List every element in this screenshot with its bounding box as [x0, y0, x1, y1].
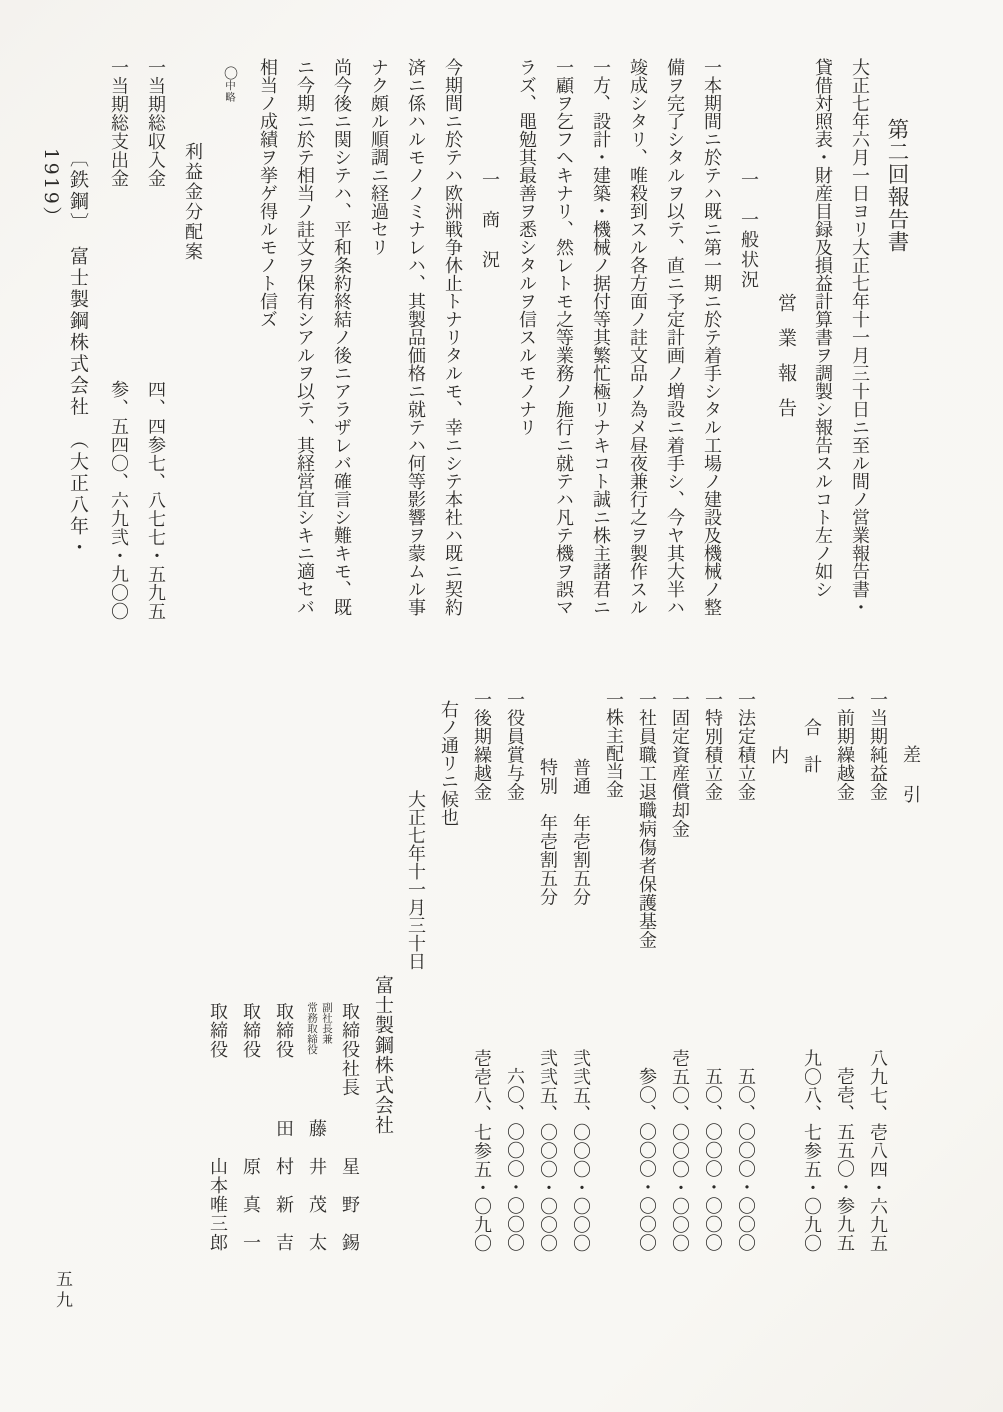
section-label-business-report: 営業報告 — [767, 58, 804, 620]
officer-director-yamamoto: 取締役 山本唯三郎 — [201, 690, 234, 1252]
omission-text: 中略 — [224, 80, 236, 103]
page-number: 五九 — [50, 1270, 75, 1312]
ledger-row-total: 合 計 九〇八、七参五・〇九〇 — [795, 690, 828, 1252]
report-title: 第二回報告書 — [878, 58, 915, 620]
scanned-report-page: 〔鉄鋼〕 富士製鋼株式会社 （大正八年・1919） 五九 第二回報告書 大正七年… — [0, 0, 1003, 1412]
ledger-amount: 九〇八、七参五・〇九〇 — [795, 1049, 828, 1253]
ledger-item-label: 一後期繰越金 — [465, 690, 498, 801]
ledger-amount: 壱壱、五五〇・参九五 — [828, 1067, 861, 1252]
ledger-amount: 参〇、〇〇〇・〇〇〇 — [630, 1067, 663, 1252]
report-lower-band: 差 引 一当期純益金 八九七、壱八四・六九五 一前期繰越金 壱壱、五五〇・参九五… — [201, 690, 927, 1252]
label-balance: 差 引 — [894, 690, 927, 1252]
paragraph-market-conditions-1: 今期間ニ於テハ欧洲戦争休止トナリタルモ、幸ニシテ本社ハ既ニ契約済ニ係ハルモノノミ… — [360, 58, 471, 620]
ledger-item-label: 一当期純益金 — [861, 690, 894, 801]
heading-profit-distribution: 利益金分配案 — [174, 58, 211, 620]
officer-role-dual: 副社長兼 常務取締役 — [300, 1002, 333, 1055]
officer-name: 田 村 新 吉 — [267, 1119, 300, 1252]
report-period-intro: 大正七年六月一日ヨリ大正七年十一月三十日ニ至ル間ノ営業報告書・貸借対照表・財産目… — [804, 58, 878, 620]
officer-name: 原 真 一 — [234, 1157, 267, 1252]
ledger-item-label: 一固定資産償却金 — [663, 690, 696, 838]
officer-role: 取締役 — [234, 1002, 267, 1059]
heading-general-situation: 一 一般状況 — [730, 58, 767, 620]
ledger-amount: 弐弐五、〇〇〇・〇〇〇 — [531, 1049, 564, 1253]
ledger-amount: 参、五四〇、六九弐・九〇〇 — [100, 380, 137, 621]
ledger-item-label: 一役員賞与金 — [498, 690, 531, 801]
company-name: 富士製鋼株式会社 — [366, 690, 399, 1252]
omission-note: 〇中略 — [211, 58, 249, 620]
officer-role: 取締役 — [201, 1002, 234, 1059]
officer-name: 藤 井 茂 太 — [300, 1119, 333, 1252]
ledger-item-label: 一特別積立金 — [696, 690, 729, 801]
ledger-row-depreciation: 一固定資産償却金 壱五〇、〇〇〇・〇〇〇 — [663, 690, 696, 1252]
label-breakdown: 内 — [762, 690, 795, 1252]
officer-name: 山本唯三郎 — [201, 1157, 234, 1252]
omission-circle-mark: 〇 — [222, 66, 238, 80]
book-margin-label: 〔鉄鋼〕 富士製鋼株式会社 （大正八年・1919） — [38, 148, 92, 588]
ledger-item-label: 一当期総支出金 — [100, 58, 137, 188]
ledger-item-label: 普通 年壱割五分 — [564, 758, 597, 906]
ledger-row-dividend-header: 一株主配当金 — [597, 690, 630, 1252]
heading-market-conditions: 一 商 況 — [471, 58, 508, 620]
ledger-row-net-profit: 一当期純益金 八九七、壱八四・六九五 — [861, 690, 894, 1252]
ledger-row-officer-bonus: 一役員賞与金 六〇、〇〇〇・〇〇〇 — [498, 690, 531, 1252]
ledger-row-carryover-previous: 一前期繰越金 壱壱、五五〇・参九五 — [828, 690, 861, 1252]
closing-statement: 右ノ通リニ候也 — [432, 690, 465, 1252]
ledger-row-employee-fund: 一社員職工退職病傷者保護基金 参〇、〇〇〇・〇〇〇 — [630, 690, 663, 1252]
officer-role: 取締役 — [267, 1002, 300, 1059]
officer-director-hara: 取締役 原 真 一 — [234, 690, 267, 1252]
paragraph-general-situation: 一本期間ニ於テハ既ニ第一期ニ於テ着手シタル工場ノ建設及機械ノ整備ヲ完了シタルヲ以… — [508, 58, 730, 620]
ledger-amount: 四、四参七、八七七・五九五 — [137, 380, 174, 621]
ledger-item-label: 一当期総収入金 — [137, 58, 174, 188]
ledger-item-label: 一前期繰越金 — [828, 690, 861, 801]
officer-director-tamura: 取締役 田 村 新 吉 — [267, 690, 300, 1252]
ledger-row-carryover-next: 一後期繰越金 壱壱八、七参五・〇九〇 — [465, 690, 498, 1252]
ledger-amount: 壱五〇、〇〇〇・〇〇〇 — [663, 1049, 696, 1253]
officer-role-line: 常務取締役 — [306, 1002, 318, 1055]
ledger-item-label: 一社員職工退職病傷者保護基金 — [630, 690, 663, 949]
ledger-amount: 弐弐五、〇〇〇・〇〇〇 — [564, 1049, 597, 1253]
ledger-amount: 六〇、〇〇〇・〇〇〇 — [498, 1067, 531, 1252]
ledger-amount: 壱壱八、七参五・〇九〇 — [465, 1049, 498, 1253]
ledger-item-label: 合 計 — [795, 718, 828, 774]
ledger-item-label: 特別 年壱割五分 — [531, 758, 564, 906]
officer-president: 取締役社長 星 野 錫 — [333, 690, 366, 1252]
report-upper-band: 第二回報告書 大正七年六月一日ヨリ大正七年十一月三十日ニ至ル間ノ営業報告書・貸借… — [100, 58, 915, 620]
report-date: 大正七年十一月三十日 — [399, 690, 432, 1252]
ledger-row-total-income: 一当期総収入金 四、四参七、八七七・五九五 — [137, 58, 174, 620]
ledger-amount: 五〇、〇〇〇・〇〇〇 — [729, 1067, 762, 1252]
officer-name: 星 野 錫 — [333, 1157, 366, 1252]
ledger-row-dividend-special: 特別 年壱割五分 弐弐五、〇〇〇・〇〇〇 — [531, 690, 564, 1252]
ledger-row-special-reserve: 一特別積立金 五〇、〇〇〇・〇〇〇 — [696, 690, 729, 1252]
ledger-amount: 八九七、壱八四・六九五 — [861, 1049, 894, 1253]
officer-role-line: 副社長兼 — [321, 1002, 333, 1055]
officer-role: 取締役社長 — [333, 1002, 366, 1097]
ledger-row-dividend-ordinary: 普通 年壱割五分 弐弐五、〇〇〇・〇〇〇 — [564, 690, 597, 1252]
officer-vice-president: 副社長兼 常務取締役 藤 井 茂 太 — [300, 690, 333, 1252]
ledger-row-total-expense: 一当期総支出金 参、五四〇、六九弐・九〇〇 — [100, 58, 137, 620]
ledger-item-label: 一法定積立金 — [729, 690, 762, 801]
ledger-item-label: 一株主配当金 — [603, 690, 624, 798]
ledger-amount: 五〇、〇〇〇・〇〇〇 — [696, 1067, 729, 1252]
paragraph-market-conditions-2: 尚今後ニ関シテハ、平和条約終結ノ後ニアラザレバ確言シ難キモ、既ニ今期ニ於テ相当ノ… — [249, 58, 360, 620]
ledger-row-legal-reserve: 一法定積立金 五〇、〇〇〇・〇〇〇 — [729, 690, 762, 1252]
